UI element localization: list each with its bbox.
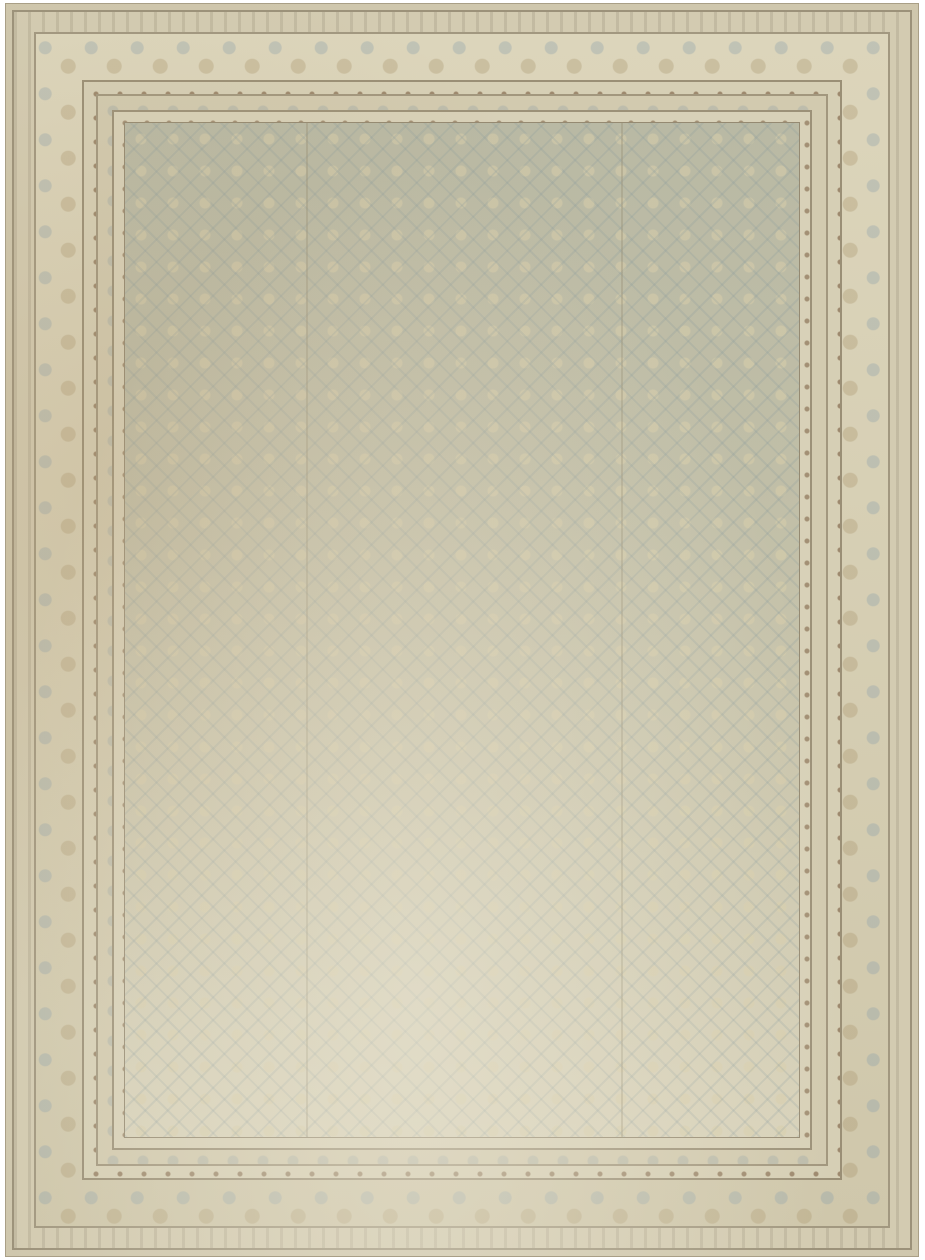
rug-photo — [6, 4, 918, 1256]
fold-line — [306, 122, 308, 1138]
fold-line — [621, 122, 623, 1138]
herati-field — [124, 122, 800, 1138]
